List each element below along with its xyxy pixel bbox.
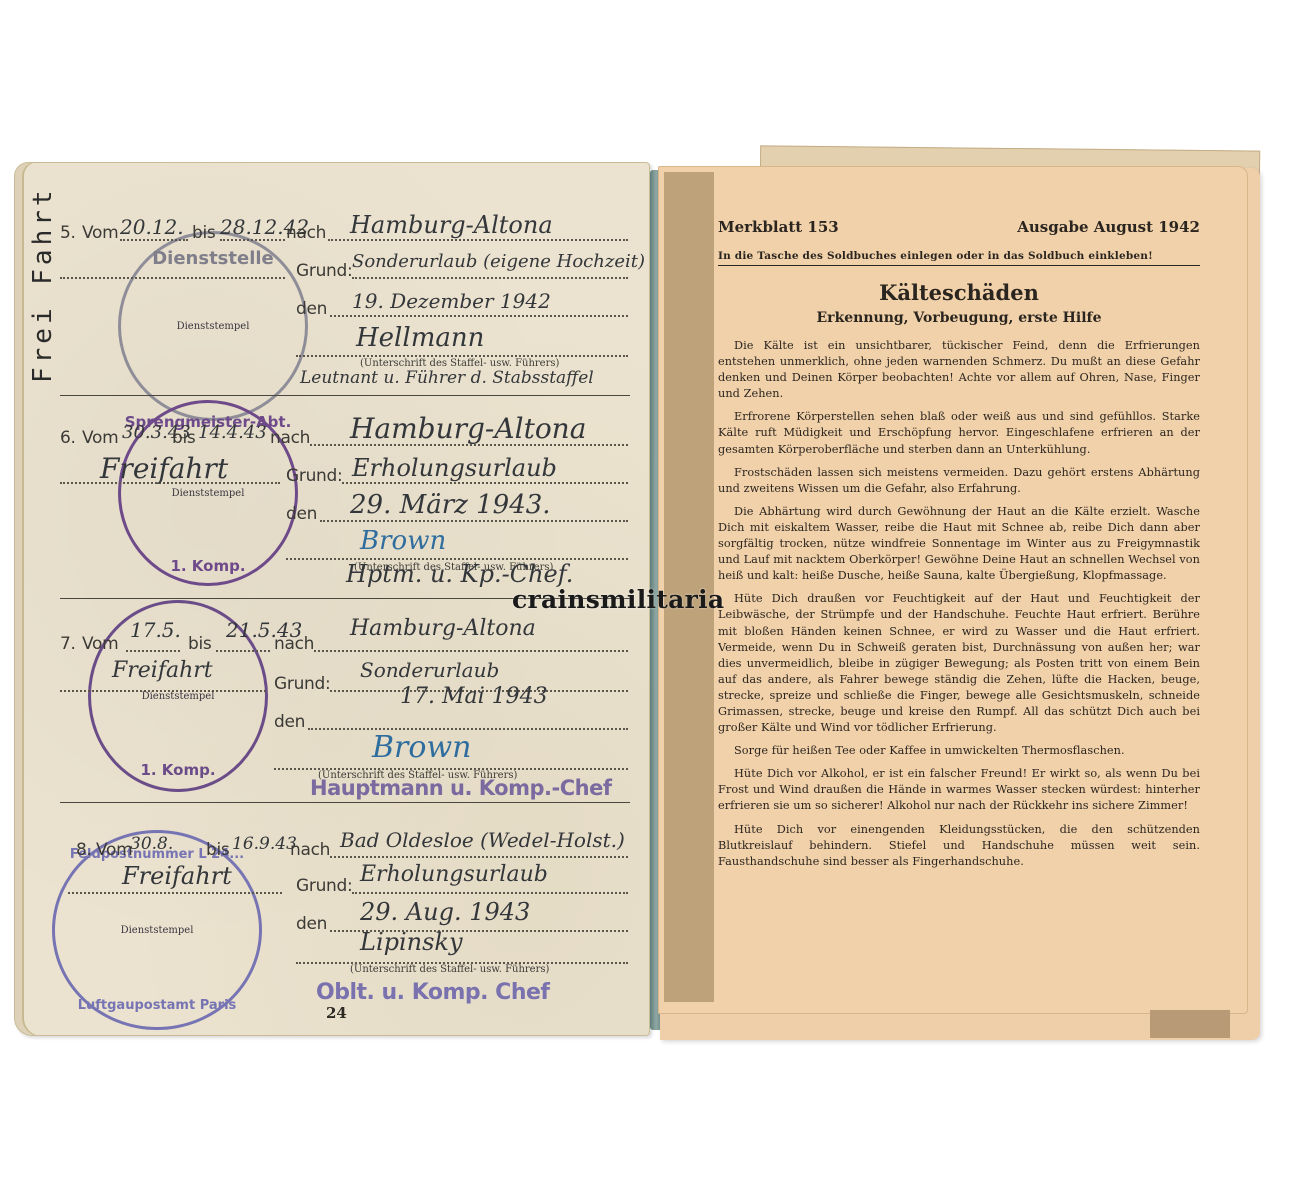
- destination-label: nach: [286, 223, 326, 243]
- corner-tape: [1150, 1010, 1230, 1038]
- stamp-center-text: Dienststempel: [172, 488, 245, 499]
- entry-number: 7.: [60, 634, 76, 654]
- destination: Hamburg-Altona: [350, 616, 536, 641]
- free-travel-note: Freifahrt: [112, 658, 213, 683]
- entry-number: 8.: [76, 840, 92, 860]
- destination: Bad Oldesloe (Wedel-Holst.): [340, 828, 625, 852]
- reason: Sonderurlaub: [360, 658, 499, 682]
- paragraph-6: Sorge für heißen Tee oder Kaffee in umwi…: [718, 743, 1200, 759]
- signature: Lipinsky: [360, 928, 463, 956]
- from-date: 20.12.: [120, 215, 184, 239]
- destination-label: nach: [274, 634, 314, 654]
- stamp-ring-bottom-text: Luftgaupostamt Paris: [78, 998, 237, 1013]
- stamp-center-text: Dienststempel: [121, 925, 194, 936]
- paragraph-4: Die Abhärtung wird durch Gewöhnung der H…: [718, 504, 1200, 584]
- date-label: den: [286, 504, 317, 524]
- to-label: bis: [188, 634, 211, 654]
- reason: Sonderurlaub (eigene Hochzeit): [352, 251, 645, 272]
- date-label: den: [296, 914, 327, 934]
- reason-label: Grund:: [286, 466, 342, 486]
- to-label: bis: [192, 223, 215, 243]
- signature-caption: (Unterschrift des Staffel- usw. Führers): [350, 964, 549, 975]
- from-date: 30.8.: [130, 834, 173, 854]
- date-label: den: [274, 712, 305, 732]
- signature: Hellmann: [356, 323, 484, 353]
- stamp-center-text: Dienststempel: [142, 691, 215, 702]
- issue-date: 17. Mai 1943: [400, 684, 548, 709]
- official-stamp: Dienststelle Dienststempel: [118, 231, 308, 421]
- to-date: 16.9.43: [232, 834, 297, 854]
- paragraph-1: Die Kälte ist ein unsichtbarer, tückisch…: [718, 338, 1200, 402]
- reason-label: Grund:: [296, 876, 352, 896]
- stamp-ring-text: Dienststelle: [152, 248, 274, 269]
- from-date: 17.5.: [130, 618, 181, 642]
- paragraph-5: Hüte Dich draußen vor Feuchtigkeit auf d…: [718, 591, 1200, 736]
- watermark: crainsmilitaria: [512, 585, 724, 614]
- official-stamp: Feldpostnummer L 24... Dienststempel Luf…: [52, 830, 262, 1030]
- to-label: bis: [206, 840, 229, 860]
- destination-label: nach: [270, 428, 310, 448]
- leaflet-subtitle: Erkennung, Vorbeugung, erste Hilfe: [718, 310, 1200, 326]
- from-label: Vom: [96, 840, 132, 860]
- stamp-ring-bottom-text: 1. Komp.: [170, 557, 245, 575]
- leaflet-number: Merkblatt 153: [718, 218, 839, 236]
- destination-label: nach: [290, 840, 330, 860]
- leave-entry-7: Dienststempel 1. Komp. 7. Vom 17.5. bis …: [60, 612, 630, 822]
- merkblatt-content: Merkblatt 153 Ausgabe August 1942 In die…: [718, 218, 1200, 877]
- entry-number: 6.: [60, 428, 76, 448]
- page-number: 24: [326, 1004, 347, 1022]
- reason-label: Grund:: [296, 261, 352, 281]
- leave-entry-5: Dienststelle Dienststempel 5. Vom 20.12.…: [60, 205, 630, 415]
- signature: Brown: [372, 730, 471, 765]
- rank-stamp: Hauptmann u. Komp.-Chef: [310, 776, 611, 800]
- paragraph-2: Erfrorene Körperstellen sehen blaß oder …: [718, 409, 1200, 457]
- rank: Leutnant u. Führer d. Stabsstaffel: [300, 368, 594, 388]
- paragraph-3: Frostschäden lassen sich meistens vermei…: [718, 465, 1200, 497]
- side-note-freifahrt: Frei Fahrt: [28, 186, 58, 386]
- rank-stamp: Oblt. u. Komp. Chef: [316, 980, 549, 1005]
- destination: Hamburg-Altona: [350, 412, 586, 445]
- reason: Erholungsurlaub: [360, 862, 548, 887]
- leaflet-instruction: In die Tasche des Soldbuches einlegen od…: [718, 250, 1200, 266]
- stamp-center-text: Dienststempel: [177, 321, 250, 332]
- paragraph-7: Hüte Dich vor Alkohol, er ist ein falsch…: [718, 766, 1200, 814]
- paragraph-8: Hüte Dich vor einengenden Kleidungsstück…: [718, 822, 1200, 870]
- leaflet-edition: Ausgabe August 1942: [1017, 218, 1200, 236]
- issue-date: 19. Dezember 1942: [352, 289, 551, 313]
- to-date: 14.4.43: [198, 422, 267, 443]
- destination: Hamburg-Altona: [350, 211, 553, 239]
- from-label: Vom: [82, 634, 118, 654]
- free-travel-note: Freifahrt: [100, 452, 228, 485]
- reason: Erholungsurlaub: [352, 454, 557, 482]
- free-travel-note: Freifahrt: [122, 862, 232, 890]
- stamp-ring-bottom-text: 1. Komp.: [140, 761, 215, 779]
- signature: Brown: [360, 526, 446, 556]
- leaflet-header: Merkblatt 153 Ausgabe August 1942: [718, 218, 1200, 236]
- from-label: Vom: [82, 428, 118, 448]
- issue-date: 29. Aug. 1943: [360, 898, 530, 926]
- from-label: Vom: [82, 223, 118, 243]
- rank: Hptm. u. Kp.-Chef.: [346, 560, 573, 588]
- to-label: bis: [172, 428, 195, 448]
- leaflet-title: Kälteschäden: [718, 280, 1200, 305]
- reason-label: Grund:: [274, 674, 330, 694]
- issue-date: 29. März 1943.: [350, 490, 551, 520]
- entry-number: 5.: [60, 223, 76, 243]
- date-label: den: [296, 299, 327, 319]
